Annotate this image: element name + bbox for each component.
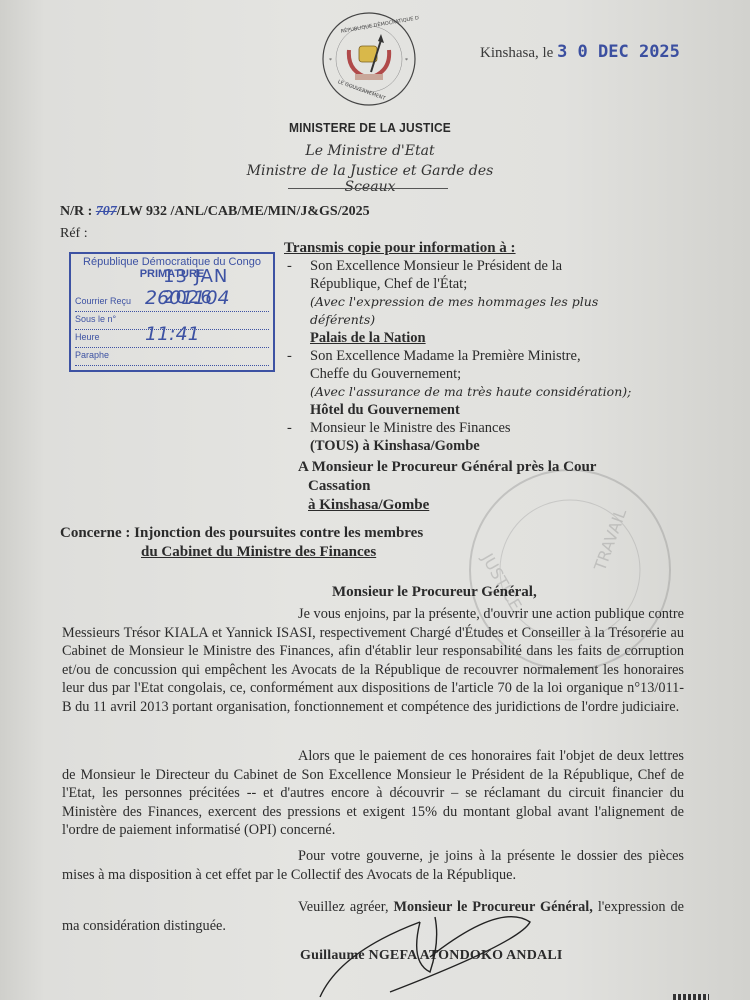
- svg-text:TRAVAIL: TRAVAIL: [590, 506, 630, 574]
- copy-recipients: Transmis copie pour information à : - So…: [284, 239, 644, 455]
- minister-title-line1: Le Ministre d'Etat: [300, 143, 440, 159]
- svg-text:LE GOUVERNEMENT: LE GOUVERNEMENT: [337, 79, 387, 102]
- salutation: Monsieur le Procureur Général,: [332, 584, 537, 601]
- date-line: Kinshasa, le 3 0 DEC 2025: [480, 42, 680, 62]
- subject-block: Concerne : Injonction des poursuites con…: [60, 524, 480, 562]
- svg-text:*: *: [329, 58, 332, 64]
- minister-title-line2: Ministre de la Justice et Garde des Scea…: [230, 163, 510, 195]
- handwritten-number: 707: [96, 204, 117, 219]
- signature-icon: [300, 902, 640, 1000]
- addressee-block: A Monsieur le Procureur Général près la …: [298, 458, 658, 515]
- recipient-finance-minister: - Monsieur le Ministre des Finances (TOU…: [284, 419, 644, 455]
- paragraph-2: Alors que le paiement de ces honoraires …: [62, 747, 684, 840]
- reference-number: N/R : 707/LW 932 /ANL/CAB/ME/MIN/J&GS/20…: [60, 204, 370, 220]
- qr-code-icon: [673, 994, 709, 1000]
- paragraph-1: Je vous enjoins, par la présente, d'ouvr…: [62, 605, 684, 717]
- received-stamp: République Démocratique du Congo PRIMATU…: [69, 252, 275, 372]
- svg-text:*: *: [405, 58, 408, 64]
- recipient-prime-minister: - Son Excellence Madame la Première Mini…: [284, 347, 644, 419]
- recipient-president: - Son Excellence Monsieur le Président d…: [284, 257, 644, 347]
- copy-heading: Transmis copie pour information à :: [284, 239, 644, 257]
- government-seal-icon: LE GOUVERNEMENT RÉPUBLIQUE DÉMOCRATIQUE …: [319, 10, 419, 108]
- header-divider: [288, 188, 448, 189]
- subject-label: Concerne :: [60, 525, 130, 541]
- date-prefix: Kinshasa, le: [480, 45, 553, 61]
- date-stamp: 3 0 DEC 2025: [557, 42, 680, 62]
- stamp-row: Heure11:41: [75, 332, 269, 348]
- ministry-heading: MINISTERE DE LA JUSTICE: [214, 120, 527, 135]
- paragraph-3: Pour votre gouverne, je joins à la prése…: [62, 847, 684, 884]
- stamp-row: Paraphe: [75, 350, 269, 366]
- reference-label: Réf :: [60, 226, 88, 242]
- stamp-row: Courrier Reçu2601104: [75, 296, 269, 312]
